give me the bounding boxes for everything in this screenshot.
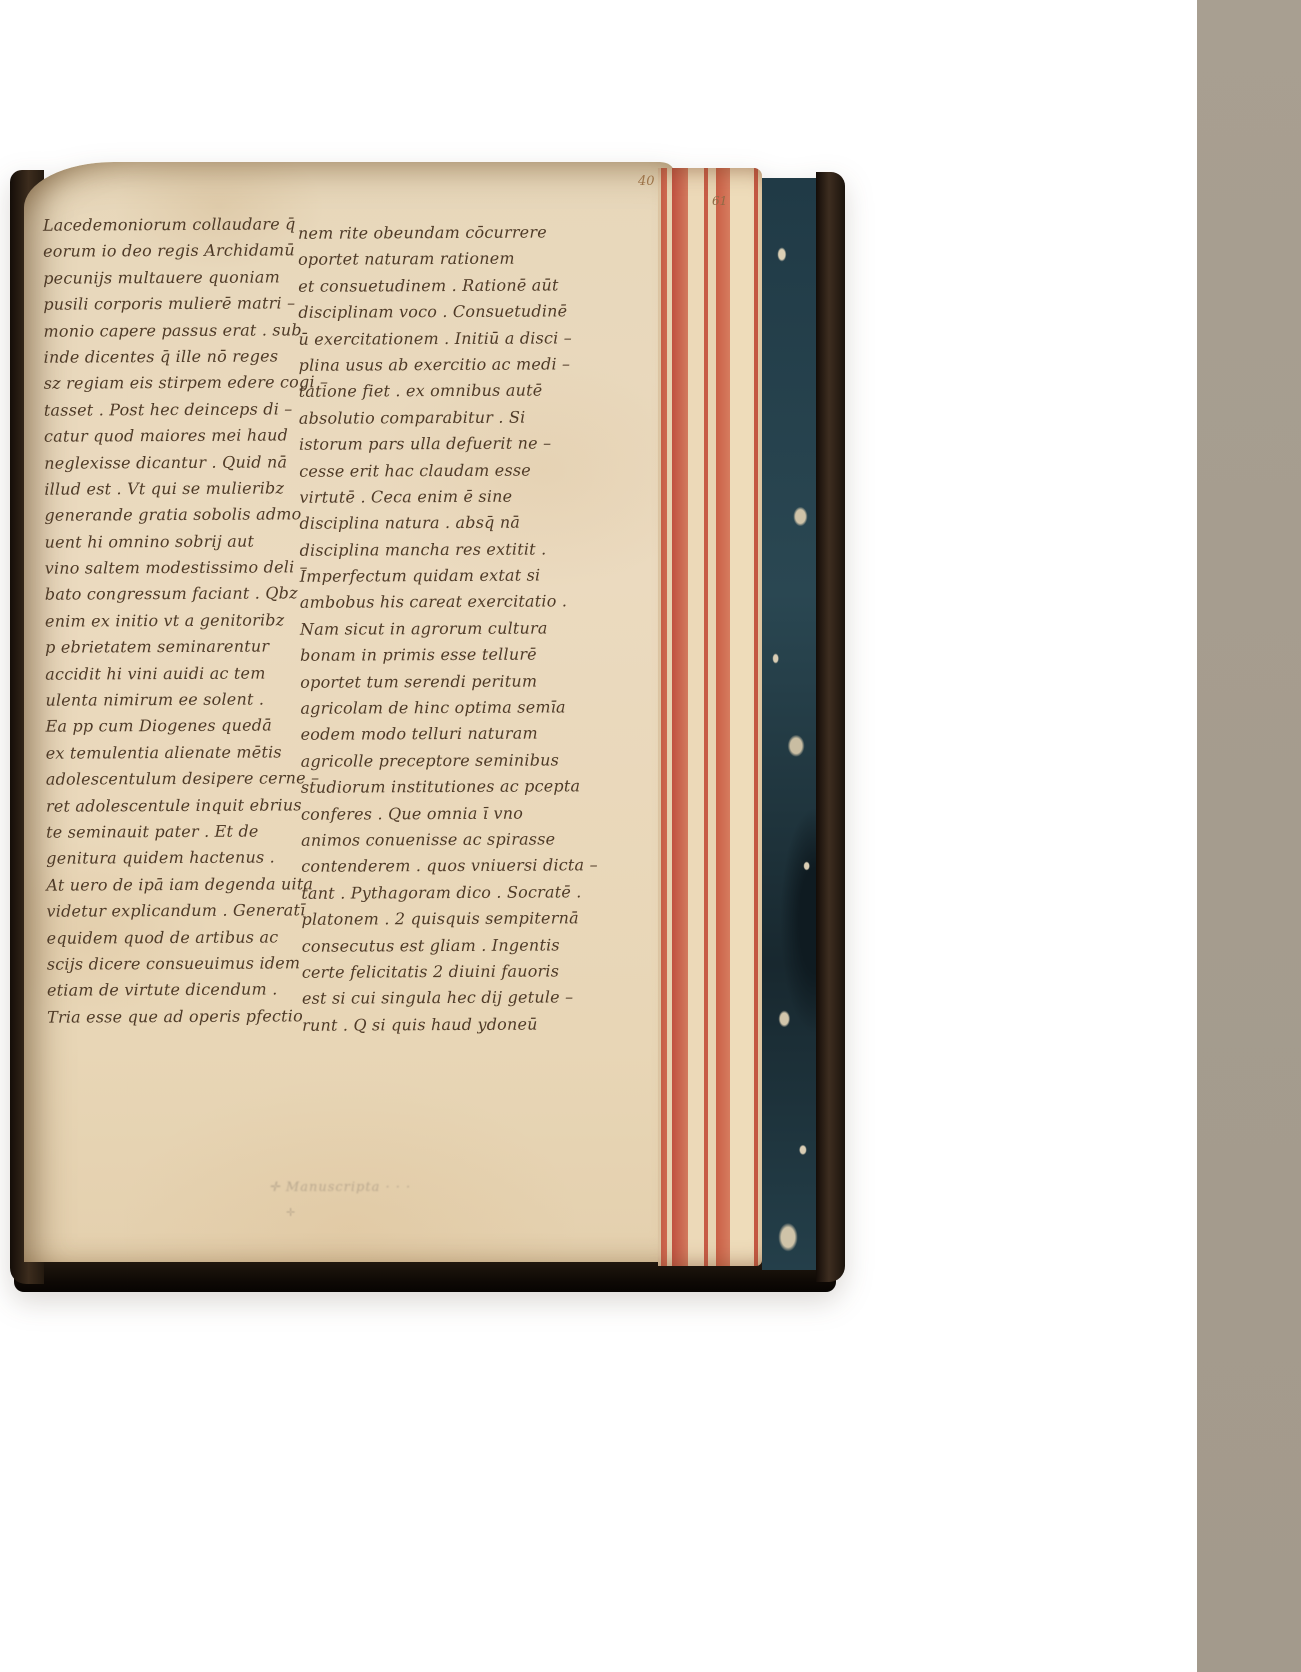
manuscript-line: enim ex initio vt a genitoribz — [45, 607, 307, 635]
manuscript-line: istorum pars ulla defuerit ne – — [299, 430, 599, 458]
manuscript-line: disciplina mancha res extitit . — [300, 536, 600, 564]
manuscript-line: accidit hi vini auidi ac tem — [45, 660, 307, 688]
manuscript-line: tant . Pythagoram dico . Socratē . — [301, 879, 601, 907]
leather-cover-right — [816, 172, 845, 1282]
manuscript-line: ulenta nimirum ee solent . — [45, 686, 307, 714]
manuscript-line: runt . Q si quis haud ydoneū — [302, 1011, 602, 1039]
manuscript-line: bato congressum faciant . Qbz — [45, 581, 307, 609]
manuscript-line: catur quod maiores mei haud — [44, 422, 306, 450]
manuscript-line: p ebrietatem seminarentur — [45, 634, 307, 662]
manuscript-line: tasset . Post hec deinceps di – — [44, 396, 306, 424]
manuscript-line: Ea pp cum Diogenes quedā — [45, 713, 307, 741]
manuscript-line: ret adolescentule inquit ebrius — [46, 792, 308, 820]
manuscript-line: platonem . 2 quisquis sempiternā — [301, 905, 601, 933]
manuscript-line: pecunijs multauere quoniam — [43, 264, 305, 292]
text-column-right: nem rite obeundam cōcurrereoportet natur… — [298, 219, 602, 1039]
manuscript-line: disciplinam voco . Consuetudinē — [298, 298, 598, 326]
manuscript-page: Lacedemoniorum collaudare q̄eorum io deo… — [24, 162, 674, 1262]
manuscript-line: conferes . Que omnia ī vno — [301, 800, 601, 828]
manuscript-line: neglexisse dicantur . Quid nā — [44, 449, 306, 477]
manuscript-line: vino saltem modestissimo deli – — [45, 554, 307, 582]
manuscript-line: Lacedemoniorum collaudare q̄ — [43, 211, 305, 239]
manuscript-line: te seminauit pater . Et de — [46, 818, 308, 846]
manuscript-book: Lacedemoniorum collaudare q̄eorum io deo… — [10, 162, 845, 1292]
marbled-endpaper — [762, 178, 824, 1270]
manuscript-line: ū exercitationem . Initiū a disci – — [298, 325, 598, 353]
manuscript-line: et consuetudinem . Rationē aūt — [298, 272, 598, 300]
manuscript-line: virtutē . Ceca enim ē sine — [299, 483, 599, 511]
folio-number-right: 61 — [712, 194, 727, 208]
manuscript-line: Imperfectum quidam extat si — [300, 562, 600, 590]
manuscript-line: consecutus est gliam . Ingentis — [302, 932, 602, 960]
manuscript-line: oportet naturam rationem — [298, 246, 598, 274]
manuscript-line: animos conuenisse ac spirasse — [301, 826, 601, 854]
manuscript-line: ex temulentia alienate mētis — [46, 739, 308, 767]
manuscript-line: absolutio comparabitur . Si — [299, 404, 599, 432]
photo-background: Lacedemoniorum collaudare q̄eorum io deo… — [0, 0, 1301, 1672]
manuscript-line: generande gratia sobolis admo — [44, 502, 306, 530]
manuscript-line: scijs dicere consueuimus idem — [47, 950, 309, 978]
manuscript-line: pusili corporis mulierē matri – — [43, 290, 305, 318]
manuscript-line: inde dicentes q̄ ille nō reges — [44, 343, 306, 371]
manuscript-line: eorum io deo regis Archidamū — [43, 238, 305, 266]
manuscript-line: disciplina natura . absq̄ nā — [299, 510, 599, 538]
manuscript-line: cesse erit hac claudam esse — [299, 457, 599, 485]
manuscript-line: sz regiam eis stirpem edere cogi – — [44, 370, 306, 398]
manuscript-line: est si cui singula hec dij getule – — [302, 985, 602, 1013]
manuscript-line: certe felicitatis 2 diuini fauoris — [302, 958, 602, 986]
manuscript-line: plina usus ab exercitio ac medi – — [299, 351, 599, 379]
manuscript-line: etiam de virtute dicendum . — [47, 977, 309, 1005]
manuscript-line: oportet tum serendi peritum — [300, 668, 600, 696]
library-stamp: ✛ Manuscripta · · · — [240, 1180, 440, 1195]
manuscript-line: adolescentulum desipere cerne – — [46, 766, 308, 794]
manuscript-line: contenderem . quos vniuersi dicta – — [301, 853, 601, 881]
folio-number-left: 40 — [638, 174, 655, 189]
manuscript-line: Nam sicut in agrorum cultura — [300, 615, 600, 643]
stamp-cross-mark: ✛ — [286, 1206, 295, 1219]
manuscript-line: agricolam de hinc optima semīa — [300, 694, 600, 722]
red-stained-fore-edge — [658, 168, 762, 1266]
manuscript-line: equidem quod de artibus ac — [47, 924, 309, 952]
manuscript-line: monio capere passus erat . sub — [43, 317, 305, 345]
manuscript-line: At uero de ipā iam degenda uita — [46, 871, 308, 899]
text-column-left: Lacedemoniorum collaudare q̄eorum io deo… — [43, 211, 309, 1030]
manuscript-line: genitura quidem hactenus . — [46, 845, 308, 873]
manuscript-line: videtur explicandum . Generatī — [46, 897, 308, 925]
manuscript-line: illud est . Vt qui se mulieribz — [44, 475, 306, 503]
manuscript-line: nem rite obeundam cōcurrere — [298, 219, 598, 247]
manuscript-line: bonam in primis esse tellurē — [300, 641, 600, 669]
manuscript-line: ambobus his careat exercitatio . — [300, 589, 600, 617]
manuscript-line: studiorum institutiones ac pcepta — [301, 773, 601, 801]
manuscript-line: agricolle preceptore seminibus — [301, 747, 601, 775]
manuscript-line: uent hi omnino sobrij aut — [45, 528, 307, 556]
manuscript-line: Tria esse que ad operis pfectio — [47, 1003, 309, 1031]
manuscript-line: tatione fiet . ex omnibus autē — [299, 378, 599, 406]
right-gray-bar — [1197, 0, 1301, 1672]
manuscript-line: eodem modo telluri naturam — [300, 721, 600, 749]
